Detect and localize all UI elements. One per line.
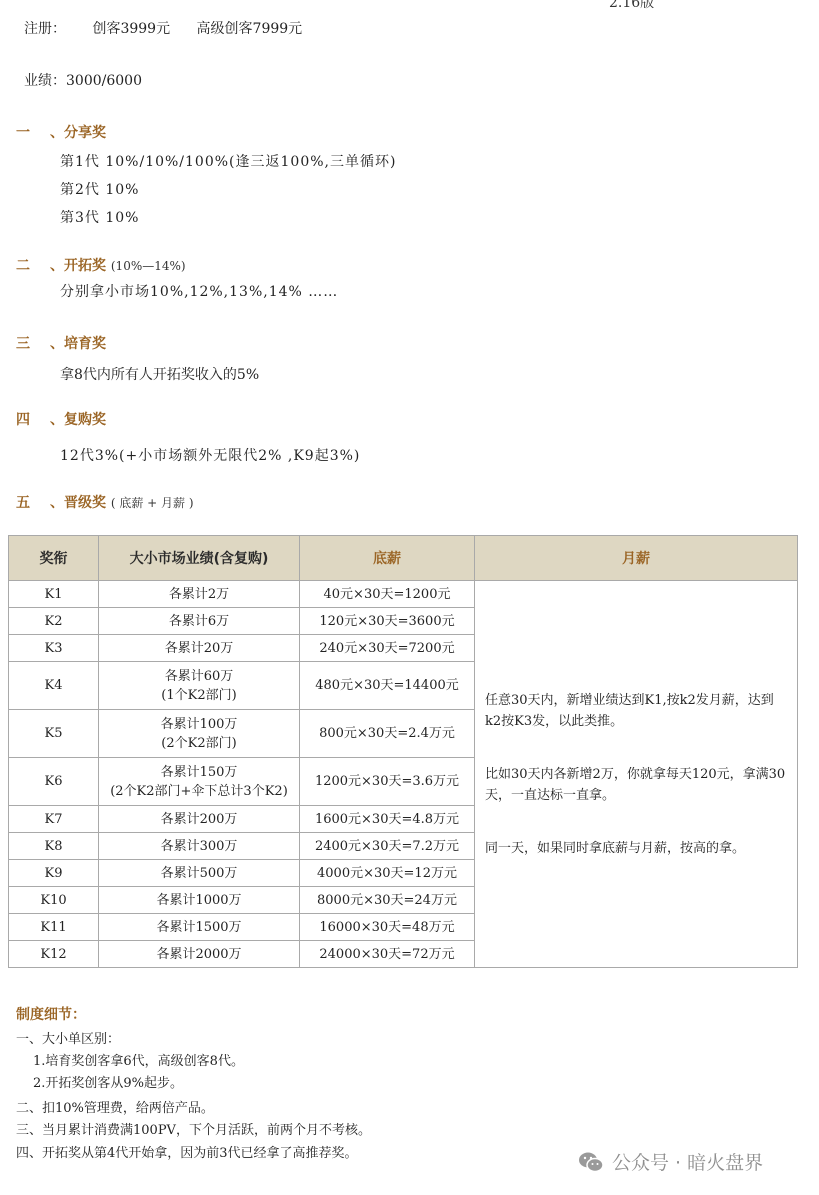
note-paragraph: 任意30天内，新增业绩达到K1,按k2发月薪，达到k2按K3发，以此类推。 [485,690,787,732]
performance-cell: 各累计300万 [99,833,300,860]
section-range: (10%—14%) [111,259,186,273]
rank-cell: K11 [9,914,99,941]
performance-cell: 各累计6万 [99,608,300,635]
section-title-repurchase-bonus: 四、复购奖 [16,409,106,429]
base-salary-cell: 24000×30天=72万元 [300,941,475,968]
section-line: 拿8代内所有人开拓奖收入的5% [60,364,259,384]
note-paragraph: 同一天，如果同时拿底薪与月薪，按高的拿。 [485,838,787,859]
rank-table: 奖衔 大小市场业绩(含复购) 底薪 月薪 K1各累计2万40元×30天=1200… [8,535,798,968]
watermark-text: 公众号 · 暗火盘界 [612,1148,763,1175]
performance-cell: 各累计20万 [99,635,300,662]
watermark: 公众号 · 暗火盘界 [578,1148,763,1175]
registration-maker: 创客3999元 [92,21,170,37]
rank-cell: K7 [9,806,99,833]
base-salary-cell: 40元×30天=1200元 [300,581,475,608]
details-item: 二、扣10%管理费，给两倍产品。 [16,1097,214,1116]
base-salary-cell: 1200元×30天=3.6万元 [300,758,475,806]
details-title: 制度细节： [16,1004,86,1024]
rank-cell: K6 [9,758,99,806]
base-salary-cell: 4000元×30天=12万元 [300,860,475,887]
details-item: 三、当月累计消费满100PV，下个月活跃，前两个月不考核。 [16,1119,371,1138]
rank-cell: K1 [9,581,99,608]
section-sep: 、 [50,495,64,511]
section-number: 二 [16,255,50,275]
rank-cell: K8 [9,833,99,860]
header-base-salary: 底薪 [300,536,475,581]
section-sep: 、 [50,125,64,141]
perf-main: 各累计2万 [169,587,229,602]
section-title-nurture-bonus: 三、培育奖 [16,333,106,353]
section-title-promotion-bonus: 五、晋级奖 ( 底薪 + 月薪 ) [16,492,194,512]
section-name: 培育奖 [64,336,106,352]
section-title-share-bonus: 一、分享奖 [16,122,106,142]
section-line: 第2代 10% [60,179,139,199]
section-subtitle: ( 底薪 + 月薪 ) [111,496,194,510]
rank-cell: K3 [9,635,99,662]
perf-main: 各累计150万 [161,765,238,780]
registration-senior-maker: 高级创客7999元 [197,21,303,37]
perf-condition: (2个K2部门+伞下总计3个K2) [110,784,288,799]
perf-main: 各累计500万 [161,866,238,881]
section-name: 晋级奖 [64,495,106,511]
section-sep: 、 [50,412,64,428]
section-line: 分别拿小市场10%,12%,13%,14% …… [60,281,338,301]
details-item: 1.培育奖创客拿6代，高级创客8代。 [33,1050,244,1069]
base-salary-cell: 120元×30天=3600元 [300,608,475,635]
section-line: 第3代 10% [60,207,139,227]
section-sep: 、 [50,258,64,274]
base-salary-cell: 2400元×30天=7.2万元 [300,833,475,860]
section-number: 三 [16,333,50,353]
perf-main: 各累计6万 [169,614,229,629]
performance-line: 业绩：3000/6000 [24,70,142,90]
rank-cell: K9 [9,860,99,887]
perf-main: 各累计60万 [165,669,234,684]
performance-cell: 各累计2000万 [99,941,300,968]
header-performance: 大小市场业绩(含复购) [99,536,300,581]
header-rank: 奖衔 [9,536,99,581]
rank-cell: K5 [9,710,99,758]
section-number: 一 [16,122,50,142]
note-paragraph: 比如30天内各新增2万，你就拿每天120元，拿满30天，一直达标一直拿。 [485,764,787,806]
rank-cell: K10 [9,887,99,914]
section-number: 四 [16,409,50,429]
section-line: 12代3%(+小市场额外无限代2% ,K9起3%) [60,445,360,465]
perf-main: 各累计200万 [161,812,238,827]
perf-main: 各累计1500万 [156,920,241,935]
header-monthly-salary: 月薪 [475,536,798,581]
base-salary-cell: 800元×30天=2.4万元 [300,710,475,758]
details-item: 一、大小单区别： [16,1028,120,1047]
base-salary-cell: 480元×30天=14400元 [300,662,475,710]
details-item: 2.开拓奖创客从9%起步。 [33,1072,183,1091]
performance-cell: 各累计2万 [99,581,300,608]
section-name: 分享奖 [64,125,106,141]
performance-cell: 各累计150万(2个K2部门+伞下总计3个K2) [99,758,300,806]
performance-cell: 各累计1500万 [99,914,300,941]
perf-main: 各累计20万 [165,641,234,656]
perf-main: 各累计300万 [161,839,238,854]
performance-cell: 各累计1000万 [99,887,300,914]
performance-cell: 各累计500万 [99,860,300,887]
base-salary-cell: 16000×30天=48万元 [300,914,475,941]
section-title-expand-bonus: 二、开拓奖 (10%—14%) [16,255,186,275]
perf-main: 各累计2000万 [156,947,241,962]
table-header-row: 奖衔 大小市场业绩(含复购) 底薪 月薪 [9,536,798,581]
table-row: K1各累计2万40元×30天=1200元任意30天内，新增业绩达到K1,按k2发… [9,581,798,608]
wechat-icon [578,1151,604,1173]
performance-cell: 各累计200万 [99,806,300,833]
base-salary-cell: 8000元×30天=24万元 [300,887,475,914]
section-number: 五 [16,492,50,512]
rank-cell: K4 [9,662,99,710]
details-item: 四、开拓奖从第4代开始拿，因为前3代已经拿了高推荐奖。 [16,1142,358,1161]
perf-main: 各累计100万 [161,717,238,732]
base-salary-cell: 240元×30天=7200元 [300,635,475,662]
version-label: 2.16版 [609,0,654,12]
registration-label: 注册： [24,21,66,37]
section-sep: 、 [50,336,64,352]
rank-cell: K2 [9,608,99,635]
performance-cell: 各累计100万(2个K2部门) [99,710,300,758]
registration-line: 注册： 创客3999元 高级创客7999元 [24,18,324,38]
monthly-salary-note: 任意30天内，新增业绩达到K1,按k2发月薪，达到k2按K3发，以此类推。比如3… [475,581,798,968]
performance-cell: 各累计60万(1个K2部门) [99,662,300,710]
perf-condition: (1个K2部门) [161,688,236,703]
section-name: 开拓奖 [64,258,106,274]
section-name: 复购奖 [64,412,106,428]
base-salary-cell: 1600元×30天=4.8万元 [300,806,475,833]
perf-main: 各累计1000万 [156,893,241,908]
perf-condition: (2个K2部门) [161,736,236,751]
rank-cell: K12 [9,941,99,968]
section-line: 第1代 10%/10%/100%(逢三返100%,三单循环) [60,151,396,171]
